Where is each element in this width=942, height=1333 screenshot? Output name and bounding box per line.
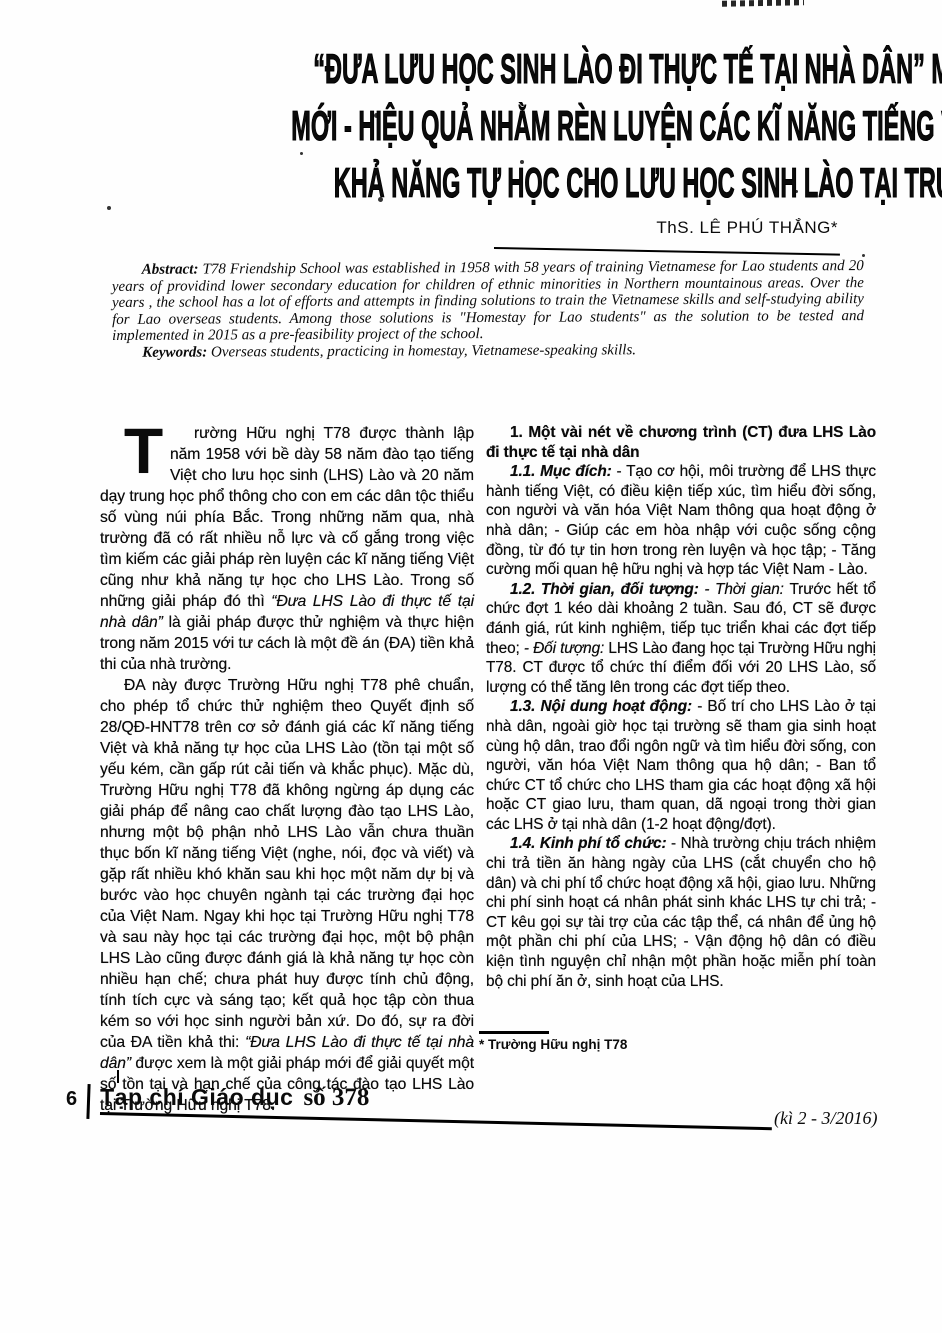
scan-artifact-smudge (722, 0, 804, 7)
title-line-3: KHẢ NĂNG TỰ HỌC CHO LƯU HỌC SINH LÀO TẠI… (334, 154, 942, 211)
section-paragraph-1-1: 1.1. Mục đích: - Tạo cơ hội, môi trường … (486, 462, 876, 580)
right-column: 1. Một vài nét về chương trình (CT) đưa … (486, 423, 876, 991)
page-number: 6 (66, 1088, 77, 1111)
journal-title: Tạp chí Giáo dục (100, 1084, 293, 1111)
issue-number: số 378 (303, 1084, 369, 1112)
title-line-2: MỚI - HIỆU QUẢ NHẰM RÈN LUYỆN CÁC KĨ NĂN… (291, 97, 942, 154)
opening-paragraph: Trường Hữu nghị T78 được thành lập năm 1… (100, 423, 474, 675)
issue-date: (kì 2 - 3/2016) (774, 1108, 877, 1129)
left-column: Trường Hữu nghị T78 được thành lập năm 1… (100, 423, 474, 1116)
footer-divider (87, 1084, 91, 1119)
abstract-paragraph: Abstract: T78 Friendship School was esta… (112, 258, 864, 345)
title-line-1: “ĐƯA LƯU HỌC SINH LÀO ĐI THỰC TẾ TẠI NHÀ… (313, 40, 942, 97)
drop-cap: T (100, 423, 170, 477)
scan-speck (862, 254, 865, 257)
section-paragraph-1-3: 1.3. Nội dung hoạt động: - Bố trí cho LH… (486, 697, 876, 834)
footnote-rule (479, 1031, 549, 1034)
page: “ĐƯA LƯU HỌC SINH LÀO ĐI THỰC TẾ TẠI NHÀ… (0, 0, 942, 1333)
body-paragraph: ĐA này được Trường Hữu nghị T78 phê chuẩ… (100, 675, 474, 1116)
title-line: KHẢ NĂNG TỰ HỌC CHO LƯU HỌC SINH LÀO TẠI… (0, 154, 942, 211)
keywords-paragraph: Keywords: Overseas students, practicing … (112, 341, 864, 362)
author-name: ThS. LÊ PHÚ THẮNG* (486, 218, 838, 238)
title-line: “ĐƯA LƯU HỌC SINH LÀO ĐI THỰC TẾ TẠI NHÀ… (0, 40, 942, 97)
author-rule (494, 247, 840, 256)
abstract-block: Abstract: T78 Friendship School was esta… (112, 258, 865, 361)
article-title: “ĐƯA LƯU HỌC SINH LÀO ĐI THỰC TẾ TẠI NHÀ… (0, 40, 942, 211)
title-line: MỚI - HIỆU QUẢ NHẰM RÈN LUYỆN CÁC KĨ NĂN… (0, 97, 942, 154)
footnote-text: * Trường Hữu nghị T78 (479, 1037, 627, 1052)
section-paragraph-1-4: 1.4. Kinh phí tổ chức: - Nhà trường chịu… (486, 834, 876, 991)
section-paragraph-1-2: 1.2. Thời gian, đối tượng: - Thời gian: … (486, 580, 876, 698)
section-heading-1: 1. Một vài nét về chương trình (CT) đưa … (486, 423, 876, 462)
